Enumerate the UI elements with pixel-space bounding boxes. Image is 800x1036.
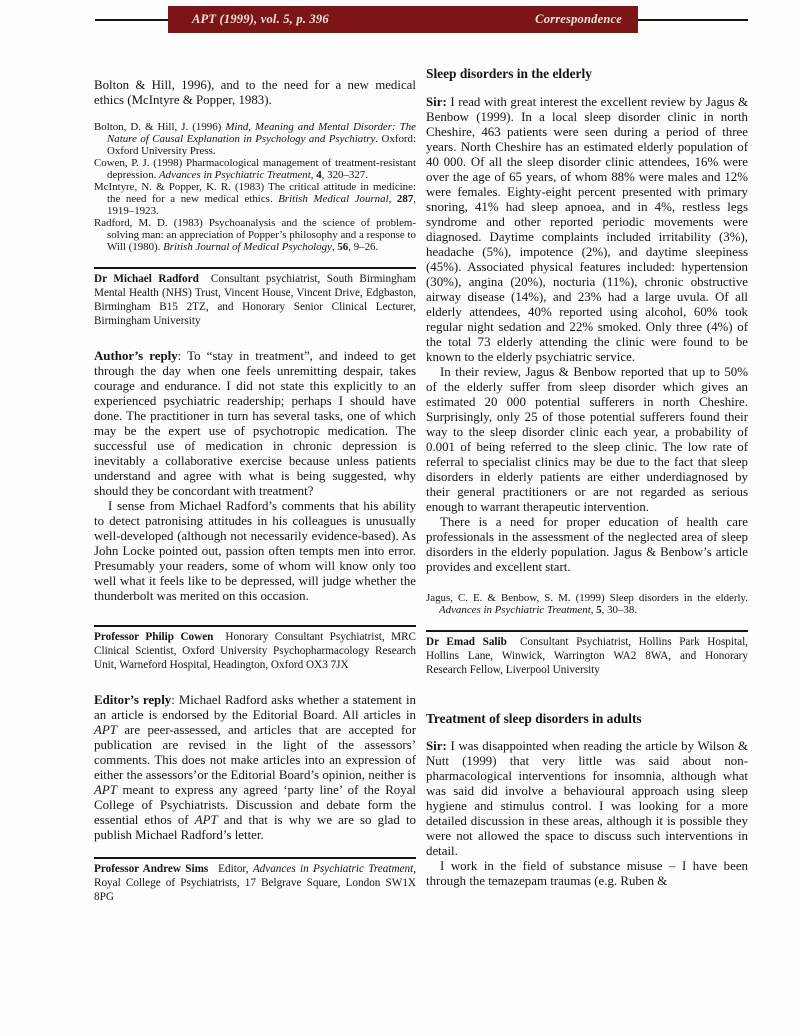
letter1-reference-list: Jagus, C. E. & Benbow, S. M. (1999) Slee…	[426, 592, 748, 616]
signature-block-radford: Dr Michael Radford Consultant psychiatri…	[94, 267, 416, 328]
reference-list: Bolton, D. & Hill, J. (1996) Mind, Meani…	[94, 121, 416, 253]
signature-block-sims: Professor Andrew Sims Editor, Advances i…	[94, 857, 416, 904]
reference-entry: Jagus, C. E. & Benbow, S. M. (1999) Slee…	[426, 592, 748, 616]
section-title: Correspondence	[535, 12, 622, 27]
header-bar: APT (1999), vol. 5, p. 396 Correspondenc…	[168, 6, 638, 33]
header-rule-right	[636, 19, 748, 21]
left-column: Bolton & Hill, 1996), and to the need fo…	[94, 78, 416, 904]
letter1-paragraph-3: There is a need for proper education of …	[426, 515, 748, 575]
journal-citation: APT (1999), vol. 5, p. 396	[192, 12, 329, 27]
reference-entry: Bolton, D. & Hill, J. (1996) Mind, Meani…	[94, 121, 416, 157]
editors-reply-paragraph: Editor’s reply: Michael Radford asks whe…	[94, 693, 416, 843]
letter2-paragraph-1: Sir: I was disappointed when reading the…	[426, 739, 748, 859]
authors-reply-paragraph-2: I sense from Michael Radford’s comments …	[94, 499, 416, 604]
letter2-paragraph-2: I work in the field of substance misuse …	[426, 859, 748, 889]
letter1-paragraph-2: In their review, Jagus & Benbow reported…	[426, 365, 748, 515]
reference-entry: Cowen, P. J. (1998) Pharmacological mana…	[94, 157, 416, 181]
reference-entry: McIntyre, N. & Popper, K. R. (1983) The …	[94, 181, 416, 217]
signature-block-cowen: Professor Philip Cowen Honorary Consulta…	[94, 625, 416, 672]
reference-entry: Radford, M. D. (1983) Psychoanalysis and…	[94, 217, 416, 253]
authors-reply-paragraph-1: Author’s reply: To “stay in treatment”, …	[94, 349, 416, 499]
intro-continuation-paragraph: Bolton & Hill, 1996), and to the need fo…	[94, 78, 416, 108]
right-column: Sleep disorders in the elderly Sir: I re…	[426, 66, 748, 889]
letter1-paragraph-1: Sir: I read with great interest the exce…	[426, 95, 748, 365]
signature-block-salib: Dr Emad Salib Consultant Psychiatrist, H…	[426, 630, 748, 677]
header-rule-left	[95, 19, 170, 21]
letter1-title: Sleep disorders in the elderly	[426, 66, 748, 82]
letter2-title: Treatment of sleep disorders in adults	[426, 711, 748, 727]
